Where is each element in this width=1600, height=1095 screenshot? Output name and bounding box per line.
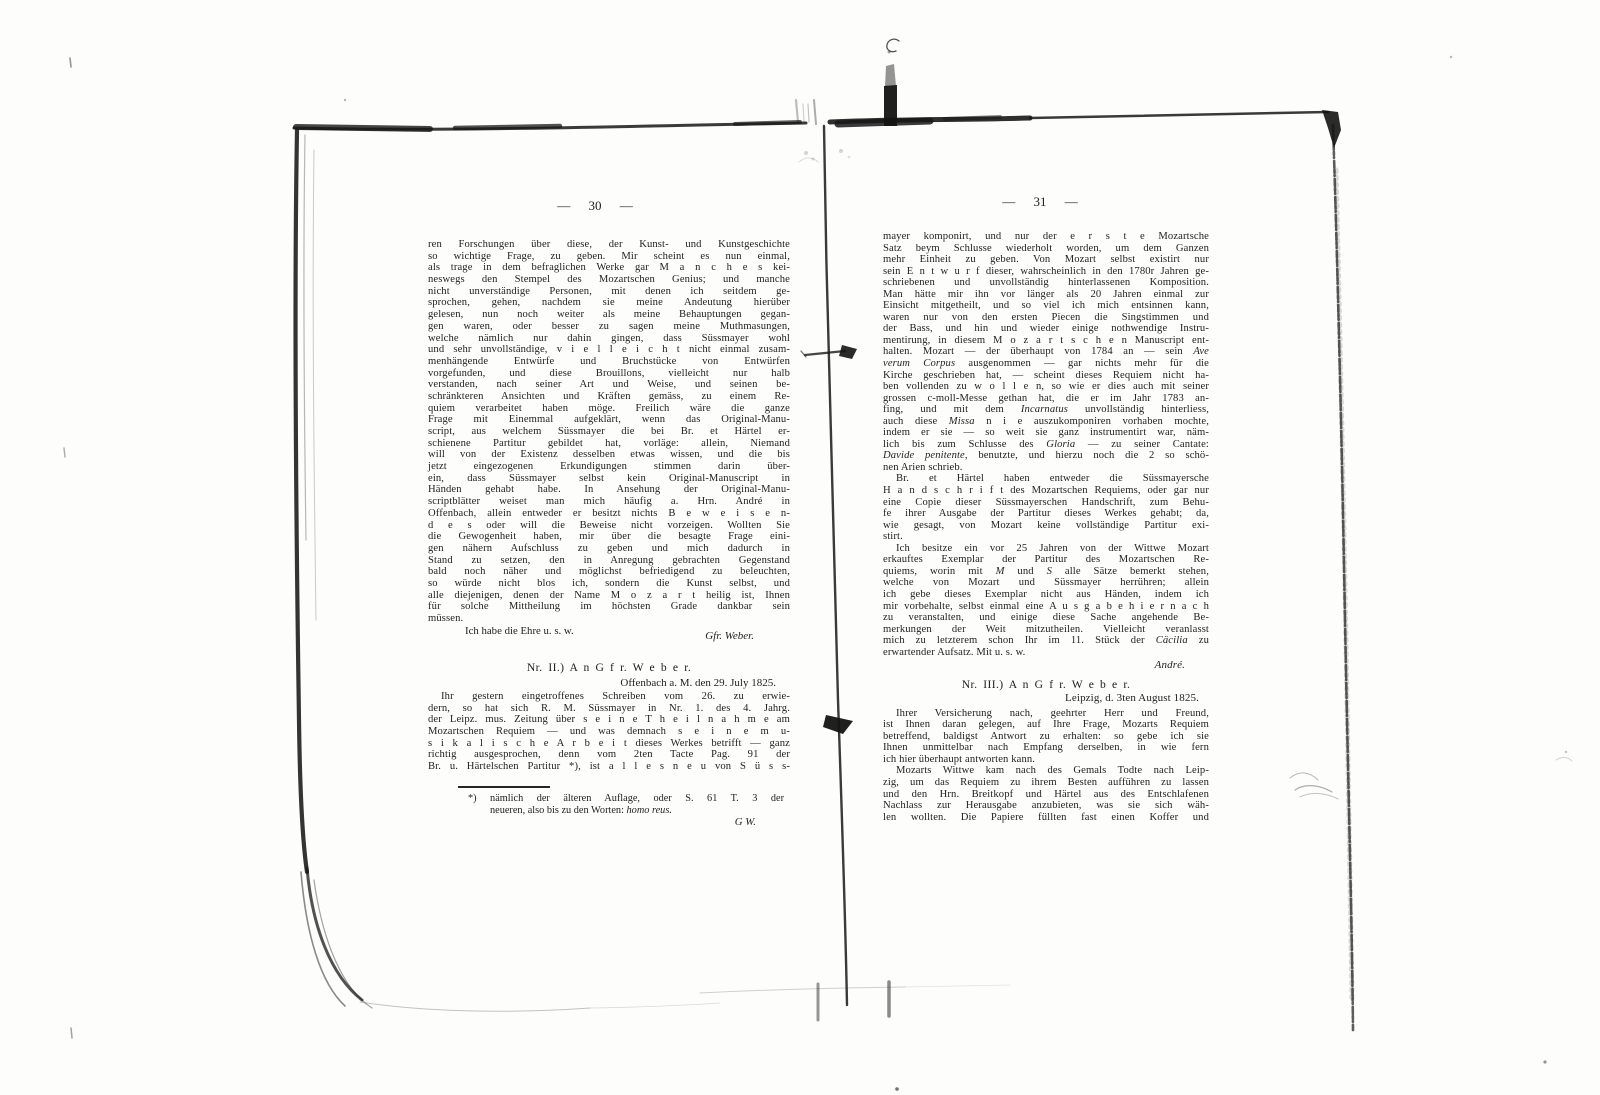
text-line: stirt.: [883, 531, 1209, 543]
signature-andre: André.: [883, 659, 1209, 671]
text-line: und sehr unvollständige, v i e l l e i c…: [428, 344, 790, 356]
text-line: mich zu letzterem schon Ihr im 11. Stück…: [883, 635, 1209, 647]
text-line: nen Arien schrieb.: [883, 462, 1209, 474]
text-line: und den Hrn. Breitkopf und Härtel aus de…: [883, 789, 1209, 801]
footnote-rule: [458, 786, 550, 788]
text-line: ich hier überhaupt antworten kann.: [883, 754, 1209, 766]
dateline-leipzig: Leipzig, d. 3ten August 1825.: [883, 692, 1209, 705]
text-line: Satz beym Schlusse wiederholt worden, um…: [883, 243, 1209, 255]
text-line: so würde nicht blos ich, sondern die Kun…: [428, 578, 790, 590]
text-line: sein E n t w u r f dieser, wahrscheinlic…: [883, 266, 1209, 278]
text-line: Händen gehabt habe. In Ansehung der Orig…: [428, 484, 790, 496]
right-paragraph-1: mayer komponirt, und nur der e r s t e M…: [883, 231, 1209, 473]
text-line: der Bass, und hin und wieder einige noth…: [883, 323, 1209, 335]
text-line: ist Ihnen daran gelegen, auf Ihre Frage,…: [883, 719, 1209, 731]
text-line: waren nur von den ersten Piecen die Sing…: [883, 312, 1209, 324]
text-line: halten. Mozart — der überhaupt von 1784 …: [883, 346, 1209, 358]
text-line: Offenbach, allein entweder er besitzt ni…: [428, 508, 790, 520]
text-line: gelesen, nun noch weiter als meine Behau…: [428, 309, 790, 321]
text-line: scriptblätter weiset man mich häufig a. …: [428, 496, 790, 508]
text-line: Br. u. Härtelschen Partitur *), ist a l …: [428, 761, 790, 773]
footnote-signature: G W.: [468, 817, 784, 829]
text-line: eine Copie dieser Süssmayerschen Handsch…: [883, 497, 1209, 509]
text-line: schriebenen und unvollständig hinterlass…: [883, 277, 1209, 289]
text-line: sprochen, gehen, nachdem sie meine Andeu…: [428, 297, 790, 309]
text-line: indem er sie — so weit sie ganz instrume…: [883, 427, 1209, 439]
text-line: erwartender Aufsatz. Mit u. s. w.: [883, 647, 1209, 659]
text-line: Davide penitente, benutzte, und hierzu n…: [883, 450, 1209, 462]
section-heading-nr3: Nr. III.) A n G f r. W e b e r.: [883, 678, 1209, 691]
text-line: richtig ausgesprochen, denn vom 2ten Tac…: [428, 749, 790, 761]
text-line: auch diese Missa n i e auszukomponiren v…: [883, 416, 1209, 428]
right-page-body: mayer komponirt, und nur der e r s t e M…: [883, 231, 1209, 823]
letter-closing: Ich habe die Ehre u. s. w.: [428, 625, 574, 642]
text-line: welche nämlich nur dahin gingen, dass Sü…: [428, 333, 790, 345]
text-line: Mozarts Wittwe kam nach des Gemals Todte…: [883, 765, 1209, 777]
text-line: welche von Mozart und Süssmayer herrühre…: [883, 577, 1209, 589]
text-line: schienene Partitur gebildet hat, vorläge…: [428, 438, 790, 450]
text-line: Ihr gestern eingetroffenes Schreiben vom…: [428, 691, 790, 703]
text-line: Einsicht mitgetheilt, und so viel ich mi…: [883, 300, 1209, 312]
text-line: erkauftes Exemplar der Partitur des Moza…: [883, 554, 1209, 566]
right-paragraph-5: Mozarts Wittwe kam nach des Gemals Todte…: [883, 765, 1209, 823]
text-line: merkungen der Weit mitzutheilen. Viellei…: [883, 624, 1209, 636]
left-paragraph-2: Ihr gestern eingetroffenes Schreiben vom…: [428, 691, 790, 773]
text-line: verum Corpus ausgenommen — gar nichts me…: [883, 358, 1209, 370]
text-line: schränkteren Ansichten und Kräften gemäs…: [428, 391, 790, 403]
text-line: neswegs den Stempel des Mozartschen Geni…: [428, 274, 790, 286]
text-line: zu veranstalten, und einige diese Sache …: [883, 612, 1209, 624]
text-line: lich bis zum Schlusse des Gloria — zu se…: [883, 439, 1209, 451]
text-line: mayer komponirt, und nur der e r s t e M…: [883, 231, 1209, 243]
text-line: ich gebe dieses Exemplar nicht aus Hände…: [883, 589, 1209, 601]
text-line: fing, und mit dem Incarnatus unvollständ…: [883, 404, 1209, 416]
text-line: ein, dass Süssmayer selbst kein Original…: [428, 473, 790, 485]
text-line: H a n d s c h r i f t des Mozartschen Re…: [883, 485, 1209, 497]
text-line: ben vollenden zu w o l l e n, so wie er …: [883, 381, 1209, 393]
text-line: menhängende Entwürfe und Bruchstücke von…: [428, 356, 790, 368]
text-line: mehr Einheit zu geben. Von Mozart selbst…: [883, 254, 1209, 266]
text-line: bald noch näher und möglichst befriedige…: [428, 566, 790, 578]
text-line: Kirche geschrieben hat, — scheint dieses…: [883, 370, 1209, 382]
text-line: vorgefunden, und diese Brouillons, viell…: [428, 368, 790, 380]
text-line: quiems, worin mit M und S alle Sätze bem…: [883, 566, 1209, 578]
right-paragraph-3: Ich besitze ein vor 25 Jahren von der Wi…: [883, 543, 1209, 658]
text-line: so wichtige Frage, zu geben. Mir scheint…: [428, 251, 790, 263]
text-line: alle diejenigen, denen der Name M o z a …: [428, 590, 790, 602]
text-line: gen nähern Aufschluss zu geben und mich …: [428, 543, 790, 555]
page-number-left: — 30 —: [420, 198, 770, 214]
text-line: betreffend, baldigst Antwort zu erhalten…: [883, 731, 1209, 743]
text-line: Br. et Härtel haben entweder die Süssmay…: [883, 473, 1209, 485]
text-line: fe ihrer Ausgabe der Partitur dieses Wer…: [883, 508, 1209, 520]
text-line: Man hätte mir ihn vor länger als 20 Jahr…: [883, 289, 1209, 301]
text-line: ren Forschungen über diese, der Kunst- u…: [428, 239, 790, 251]
text-line: für solche Mittheilung im höchsten Grade…: [428, 601, 790, 613]
text-line: verstanden, nach seiner Art und Weise, u…: [428, 379, 790, 391]
text-line: mir vorbehalte, selbst einmal eine A u s…: [883, 601, 1209, 613]
text-line: Ihnen unmittelbar nach Empfang derselben…: [883, 742, 1209, 754]
text-line: script, aus welchem Süssmayer die bei Br…: [428, 426, 790, 438]
text-line: mentirung, in diesem M o z a r t s c h e…: [883, 335, 1209, 347]
text-line: Ich besitze ein vor 25 Jahren von der Wi…: [883, 543, 1209, 555]
footnote-line: *) nämlich der älteren Auflage, oder S. …: [468, 793, 784, 805]
text-line: gen waren, oder besser zu sagen meine Mu…: [428, 321, 790, 333]
text-line: nicht unverständige Personen, mit denen …: [428, 286, 790, 298]
signature-weber: Gfr. Weber.: [705, 630, 790, 642]
text-line: s i k a l i s c h e A r b e i t dieses W…: [428, 738, 790, 750]
section-heading-nr2: Nr. II.) A n G f r. W e b e r.: [428, 661, 790, 674]
left-paragraph-1: ren Forschungen über diese, der Kunst- u…: [428, 239, 790, 625]
footnote: *) nämlich der älteren Auflage, oder S. …: [468, 793, 784, 828]
text-line: Mozartschen Requiem — und was demnach s …: [428, 726, 790, 738]
text-line: will von der Existenz desselben etwas wi…: [428, 449, 790, 461]
text-line: müssen.: [428, 613, 790, 625]
text-line: zig, um das Requiem zu ihrem Besten auff…: [883, 777, 1209, 789]
text-line: wie gesagt, von Mozart keine vollständig…: [883, 520, 1209, 532]
text-line: quiem verarbeitet haben möge. Freilich w…: [428, 403, 790, 415]
text-line: grossen c-moll-Messe gethan hat, die er …: [883, 393, 1209, 405]
text-line: als trage in dem befraglichen Werke gar …: [428, 262, 790, 274]
text-line: der Leipz. mus. Zeitung über s e i n e T…: [428, 714, 790, 726]
dateline-offenbach: Offenbach a. M. den 29. July 1825.: [428, 677, 776, 690]
right-paragraph-4: Ihrer Versicherung nach, geehrter Herr u…: [883, 708, 1209, 766]
text-line: len wollten. Die Papiere füllten fast ei…: [883, 812, 1209, 824]
book-scan: — 30 — ren Forschungen über diese, der K…: [0, 0, 1600, 1095]
right-paragraph-2: Br. et Härtel haben entweder die Süssmay…: [883, 473, 1209, 542]
text-line: dern, so hat sich R. M. Süssmayer in Nr.…: [428, 703, 790, 715]
text-line: Ihrer Versicherung nach, geehrter Herr u…: [883, 708, 1209, 720]
text-line: Frage mit Einemmal aufgeklärt, wenn das …: [428, 414, 790, 426]
page-number-right: — 31 —: [870, 194, 1210, 210]
text-line: Stand zu setzen, den in Anregung gebrach…: [428, 555, 790, 567]
text-line: Nachlass zur Herausgabe anzubieten, was …: [883, 800, 1209, 812]
text-line: d e s oder will die Beweise nicht vorzei…: [428, 520, 790, 532]
text-line: die Gewogenheit haben, mir über die besa…: [428, 531, 790, 543]
text-line: jetzt eingezogenen Erkundigungen stimmen…: [428, 461, 790, 473]
